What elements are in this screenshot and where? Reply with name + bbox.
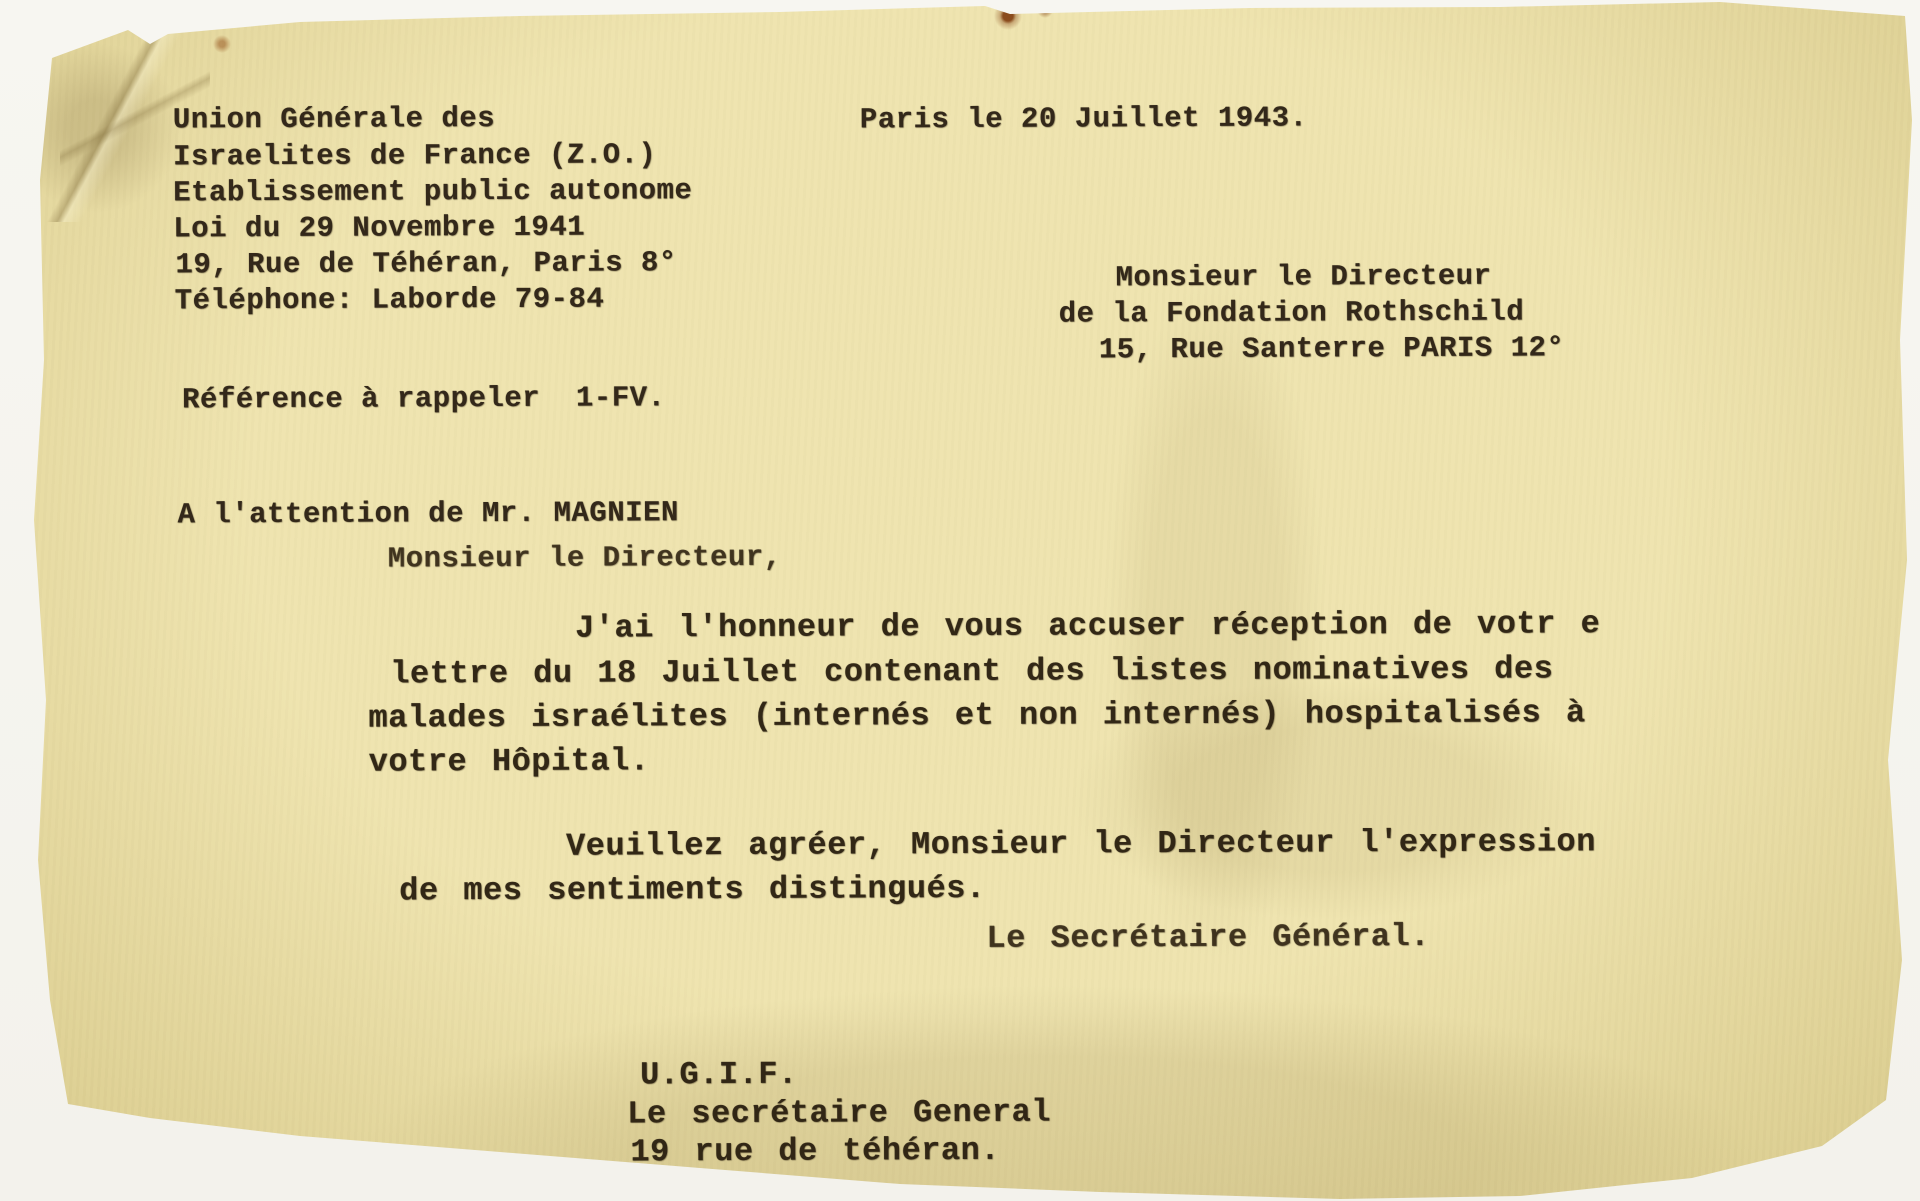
letter-text: Union Générale des Israelites de France … [0,0,1920,1201]
letterhead-line: Union Générale des [173,102,495,136]
letterhead-line: Etablissement public autonome [173,174,692,209]
body-line: votre Hôpital. [369,742,650,780]
date-line: Paris le 20 Juillet 1943. [860,101,1308,136]
letterhead-line: Loi du 29 Novembre 1941 [173,211,585,246]
body-line: lettre du 18 Juillet contenant des liste… [390,650,1553,692]
body-line: de mes sentiments distingués. [399,870,986,910]
recipient-line: 15, Rue Santerre PARIS 12° [1099,331,1565,366]
attention-line: A l'attention de Mr. MAGNIEN [178,496,679,531]
recipient-line: de la Fondation Rothschild [1059,296,1525,331]
letterhead-line: Israelites de France (Z.O.) [173,138,657,173]
salutation-line: Monsieur le Directeur, [388,541,782,576]
document-paper: Union Générale des Israelites de France … [0,0,1920,1201]
stamp-line: Le secrétaire General [627,1094,1051,1133]
body-line: malades israélites (internés et non inte… [368,694,1585,736]
reference-line: Référence à rappeler 1-FV. [182,381,666,416]
body-line: Veuillez agréer, Monsieur le Directeur l… [566,823,1596,864]
recipient-line: Monsieur le Directeur [1116,260,1492,295]
letterhead-line: Téléphone: Laborde 79-84 [175,283,605,318]
scan-background: Union Générale des Israelites de France … [0,0,1920,1201]
stamp-line: U.G.I.F. [640,1056,798,1094]
stamp-line: 19 rue de téhéran. [630,1132,1000,1171]
body-line: J'ai l'honneur de vous accuser réception… [575,605,1600,646]
letterhead-line: 19, Rue de Téhéran, Paris 8° [175,246,676,281]
signature-line: Le Secrétaire Général. [986,918,1430,957]
